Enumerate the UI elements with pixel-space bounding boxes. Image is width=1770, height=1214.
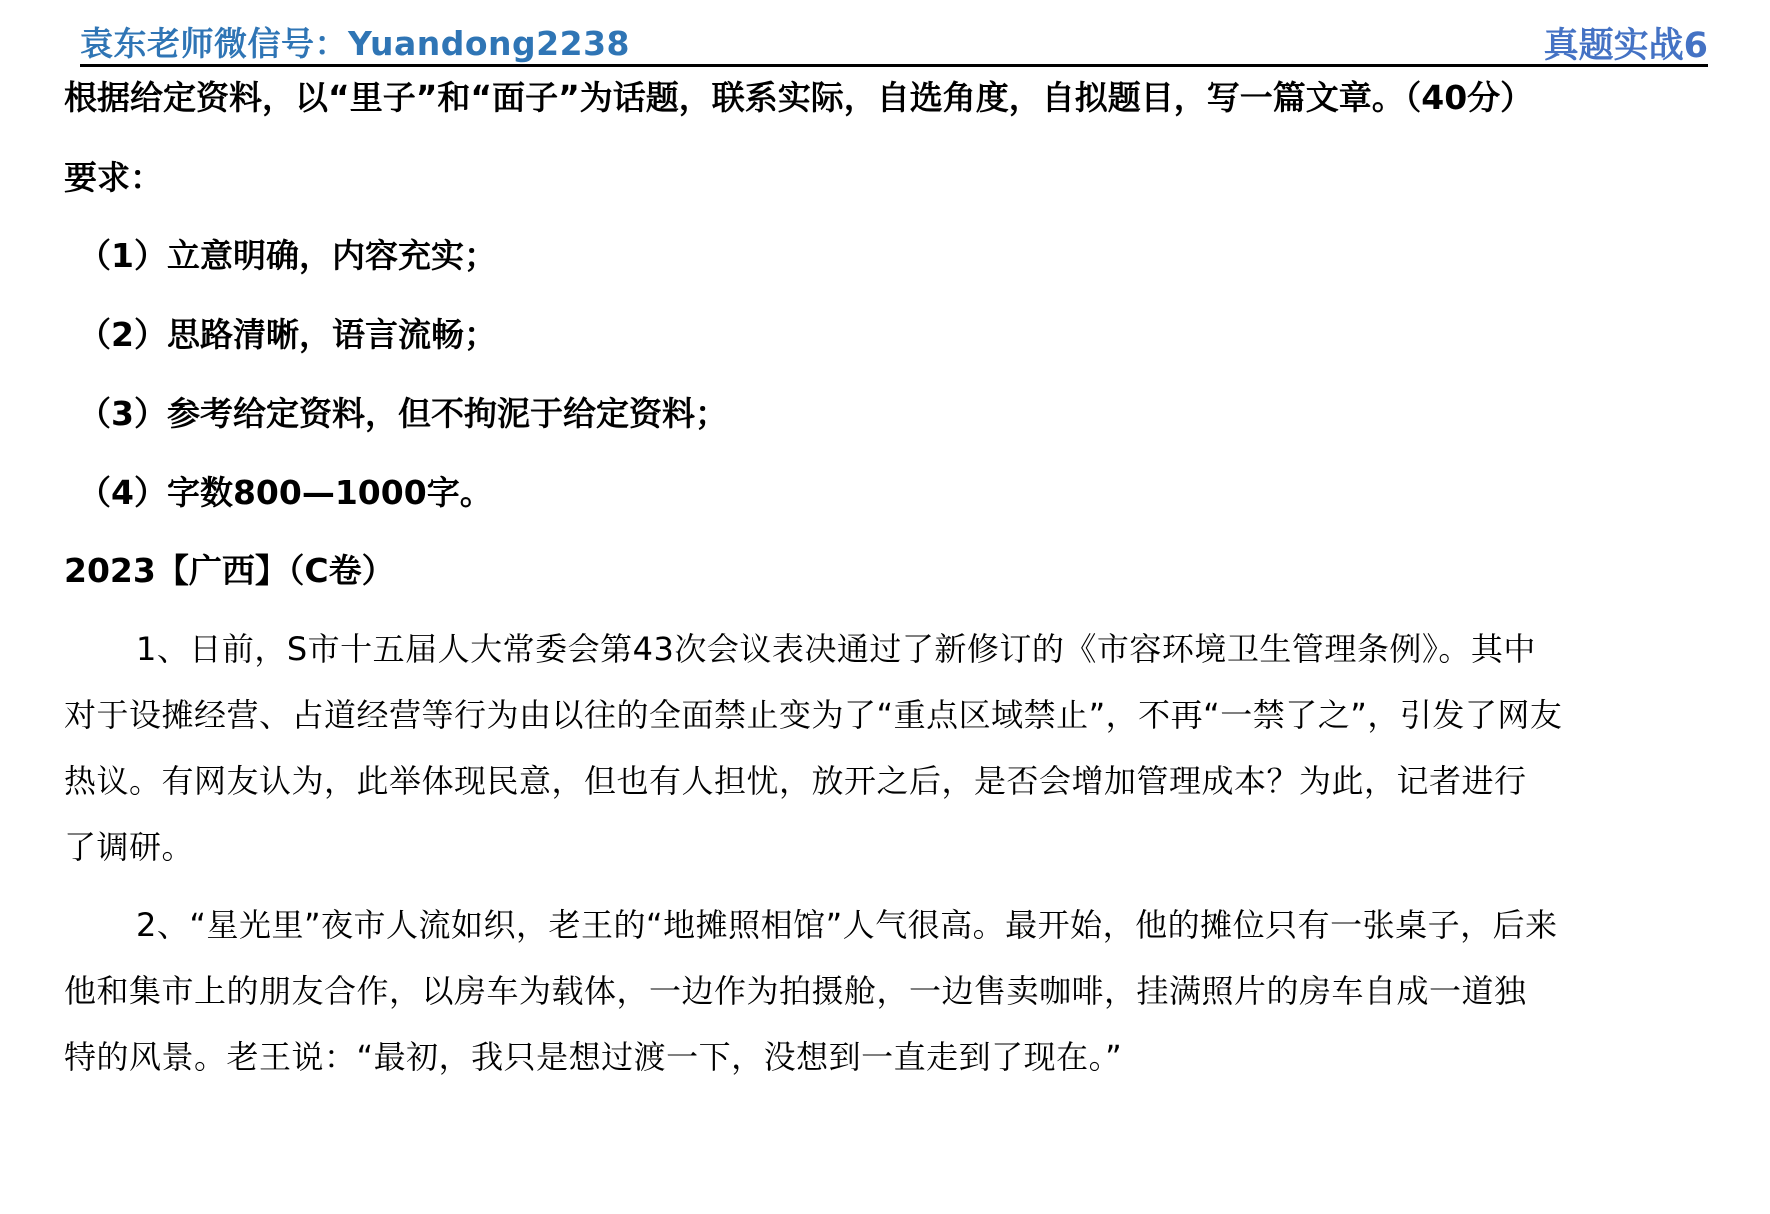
material-1-line: 热议。有网友认为，此举体现民意，但也有人担忧，放开之后，是否会增加管理成本？为此… — [64, 756, 1527, 802]
material-1-line: 对于设摊经营、占道经营等行为由以往的全面禁止变为了“重点区域禁止”，不再“一禁了… — [64, 690, 1562, 736]
requirements-label: 要求： — [64, 152, 163, 199]
requirement-item: （1）立意明确，内容充实； — [78, 230, 497, 277]
material-1-line: 1、日前，S市十五届人大常委会第43次会议表决通过了新修订的《市容环境卫生管理条… — [136, 624, 1536, 670]
requirement-item: （3）参考给定资料，但不拘泥于给定资料； — [78, 388, 728, 435]
material-2-line: 他和集市上的朋友合作，以房车为载体，一边作为拍摄舱，一边售卖咖啡，挂满照片的房车… — [64, 966, 1527, 1012]
page-header: 袁东老师微信号：Yuandong2238 真题实战6 — [80, 14, 1708, 67]
teacher-wechat-label: 袁东老师微信号：Yuandong2238 — [80, 18, 630, 65]
material-1-line: 了调研。 — [64, 822, 194, 868]
section-title: 真题实战6 — [1544, 18, 1708, 68]
source-label: 2023【广西】（C卷） — [64, 545, 395, 592]
task-instruction: 根据给定资料，以“里子”和“面子”为话题，联系实际，自选角度，自拟题目，写一篇文… — [64, 72, 1533, 119]
requirement-item: （2）思路清晰，语言流畅； — [78, 309, 497, 356]
material-2-line: 特的风景。老王说：“最初，我只是想过渡一下，没想到一直走到了现在。” — [64, 1032, 1122, 1078]
requirement-item: （4）字数800—1000字。 — [78, 467, 493, 514]
material-2-line: 2、“星光里”夜市人流如织，老王的“地摊照相馆”人气很高。最开始，他的摊位只有一… — [136, 900, 1558, 946]
